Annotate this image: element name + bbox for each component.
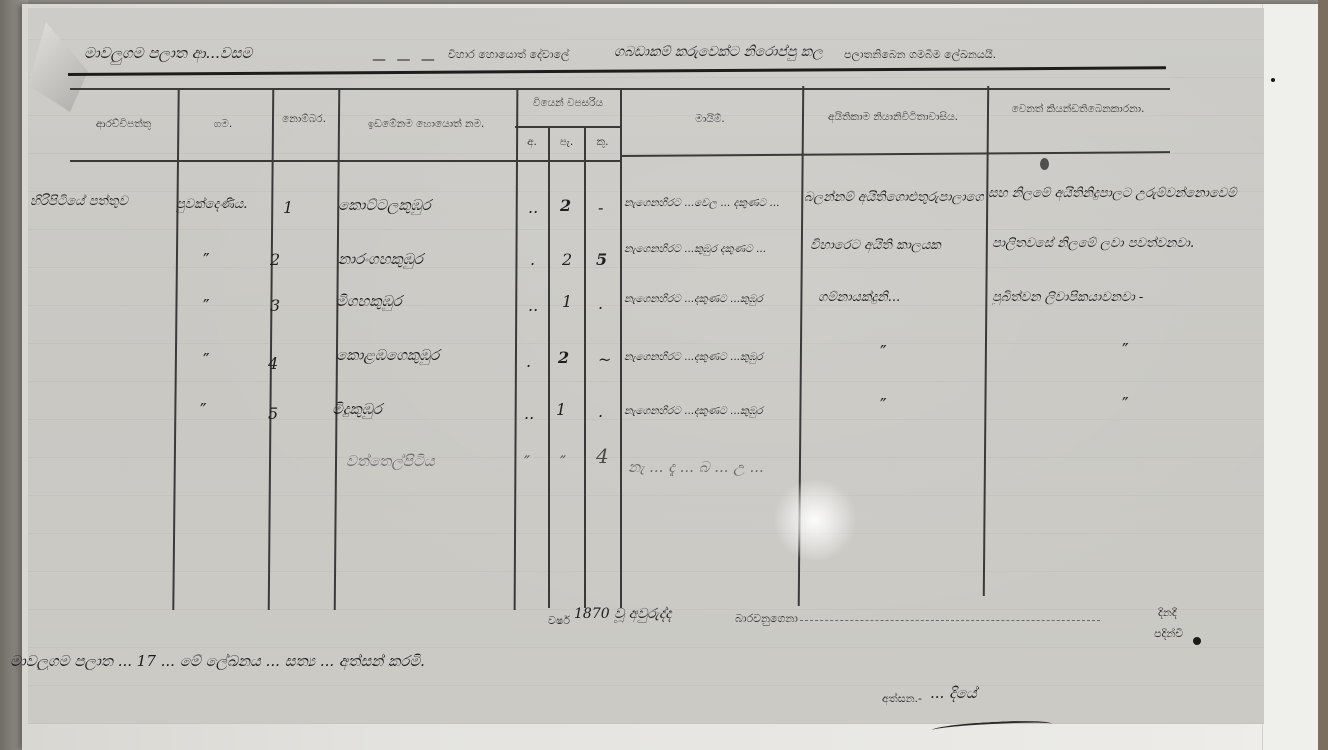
col-divider-5 — [620, 88, 622, 608]
cell-gama: පුවක්දෙණිය. — [176, 197, 247, 212]
col-divider-sow-1 — [548, 128, 550, 608]
backing-sheet-margin — [1262, 4, 1323, 750]
title-printed-middle: විහාර හොයොත් දේවාලේ — [448, 48, 569, 62]
footer-month-printed: බාරවනුගෙනා — [735, 612, 798, 626]
cell-sow-k: 5 — [596, 250, 607, 269]
cell-remarks: පුබිත්වන ලිවාපිකයාවනවා - — [992, 290, 1252, 305]
cell-sow-p: 2 — [558, 348, 569, 367]
cell-boundaries: නැගෙනහිරට ...කුඹුර දකුණට ... — [624, 242, 799, 274]
cell-boundaries: නැගෙනහිරට ...දකුණට ...කුඹුර — [624, 292, 799, 324]
cell-ownership: බලන්නම් අයිතිගොළුතුරුපාලාගේ — [804, 190, 984, 205]
header-bottom-rule-left — [70, 160, 620, 162]
cell-remarks: පාලිතවසේ නිලමේ ලවා පවත්වනවා. — [992, 236, 1258, 251]
cell-sow-a: .. — [524, 404, 534, 423]
photo-right-edge — [1318, 0, 1328, 750]
title-dash: — — — — [372, 52, 438, 68]
cell-sow-k: ~ — [598, 350, 611, 369]
cell-sow-k: . — [598, 402, 603, 421]
header-number: නොම්බර. — [274, 112, 334, 126]
footer-month-fill-line — [800, 620, 1100, 621]
cell-sow-p: ″ — [560, 452, 566, 471]
cell-gama-ditto: ″ — [200, 400, 207, 421]
footer-residing-label: පදින්චි — [1154, 627, 1183, 641]
footer-attestation-statement: මාවලුගම පලාත ... 17 ... මේ ලේඛනය ... සත්… — [10, 652, 1130, 670]
cell-sow-p: 2 — [560, 196, 571, 215]
cell-sow-a: .. — [528, 198, 538, 217]
cell-gama-ditto: ″ — [203, 350, 210, 371]
ink-blot — [1040, 158, 1049, 170]
header-ownership: අයිතිකාම නියානිවිටිතාවාසිය. — [802, 110, 984, 124]
header-sowing-extent: වියෙන් වපසරිය — [516, 96, 620, 110]
header-sowing-sub-k: කු. — [585, 135, 620, 149]
signature-label: අත්සන.- — [882, 692, 922, 706]
cell-boundaries: නැගෙනහිරට ...දකුණට ...කුඹුර — [624, 350, 799, 382]
cell-remarks-ditto: ″ — [1122, 340, 1129, 361]
cell-sow-a: .. — [528, 296, 538, 315]
cell-gama-ditto: ″ — [203, 296, 210, 317]
cell-sow-p: 1 — [562, 292, 572, 311]
cell-ownership-ditto: ″ — [880, 342, 887, 363]
cell-land-name: කොළඹගෙකුඹුර — [336, 346, 439, 364]
cell-sow-k: . — [598, 294, 603, 313]
cell-sow-a: ″ — [524, 452, 530, 471]
cell-pattuwa: හිරිපිටියේ පත්තුව — [30, 194, 128, 209]
cell-land-name: නාරංගහකුඹුර — [338, 250, 423, 268]
cell-sow-a: . — [526, 352, 531, 371]
cell-sow-k: 4 — [596, 444, 609, 468]
header-land-name: ඉඩමේනම හොයොත් නම. — [340, 117, 512, 131]
cell-ownership-ditto: ″ — [880, 395, 887, 416]
cell-remarks-ditto: ″ — [1122, 394, 1129, 415]
cell-ownership: ගම්නායක්දුනි... — [818, 290, 983, 305]
photo-glare — [770, 480, 860, 560]
sowing-subheader-rule — [515, 126, 620, 128]
title-printed-suffix: පලාතනිබෙන ගමබිම ලේඛනයයි. — [844, 48, 996, 62]
header-gama: ගම. — [178, 117, 268, 131]
cell-land-name: කොට්ටලකුඹුර — [338, 196, 431, 214]
cell-gama-ditto: ″ — [203, 250, 210, 271]
cell-sow-a: . — [530, 250, 535, 269]
cell-number: 5 — [268, 404, 278, 423]
header-sowing-sub-a: අ. — [516, 135, 548, 149]
header-other-remarks: වෙනත් කියන්ඩතිබෙනකාරනා. — [988, 102, 1168, 116]
cell-remarks: සහ නිලමේ අයිතිනිදුපාලට උරුම්වන්නොවෙම් — [988, 186, 1258, 201]
cell-sow-k: - — [598, 198, 603, 217]
footer-date-prefix: වර්ෂ — [548, 614, 570, 628]
header-boundaries: මායිම්. — [622, 112, 798, 126]
cell-sow-p: 1 — [556, 400, 566, 419]
cell-number: 1 — [283, 198, 293, 217]
signature-name: ... දියේ — [930, 684, 977, 702]
cell-boundaries: නැගෙනහිරට ...වෙල ... දකුණට ... — [624, 196, 799, 228]
cell-number: 3 — [270, 296, 280, 315]
title-handwritten-prefix: මාවලුගම පලාත ආ...වසම — [84, 44, 252, 62]
footer-year-handwritten: 1870 වූ අවුරුද්ද — [574, 606, 671, 622]
header-sowing-sub-p: පැ. — [549, 135, 584, 149]
cell-ownership: විහාරෙට අයිති කාලයක — [810, 238, 985, 253]
cell-number: 2 — [270, 250, 280, 269]
cell-land-name: වත්තෙල්පිටිය — [346, 452, 435, 470]
cell-land-name: මිගහකුඹුර — [336, 292, 402, 310]
col-divider-sow-2 — [584, 128, 586, 608]
cell-number: 4 — [268, 354, 278, 373]
ink-blot — [1193, 637, 1201, 645]
cell-sow-p: 2 — [562, 250, 572, 269]
title-handwritten-middle: ගබඩාකම් කරුවෙක්ට නිරොප්පු කල — [614, 44, 823, 60]
cell-boundaries: නැගෙනහිරට ...දකුණට ...කුඹුර — [624, 404, 799, 436]
footer-day-label: දිනදී — [1158, 606, 1177, 620]
cell-land-name: මිදුකුඹුර — [332, 400, 382, 418]
ink-blot — [1271, 78, 1275, 82]
header-pattuwa: ආරච්චිපත්තු — [76, 117, 171, 131]
